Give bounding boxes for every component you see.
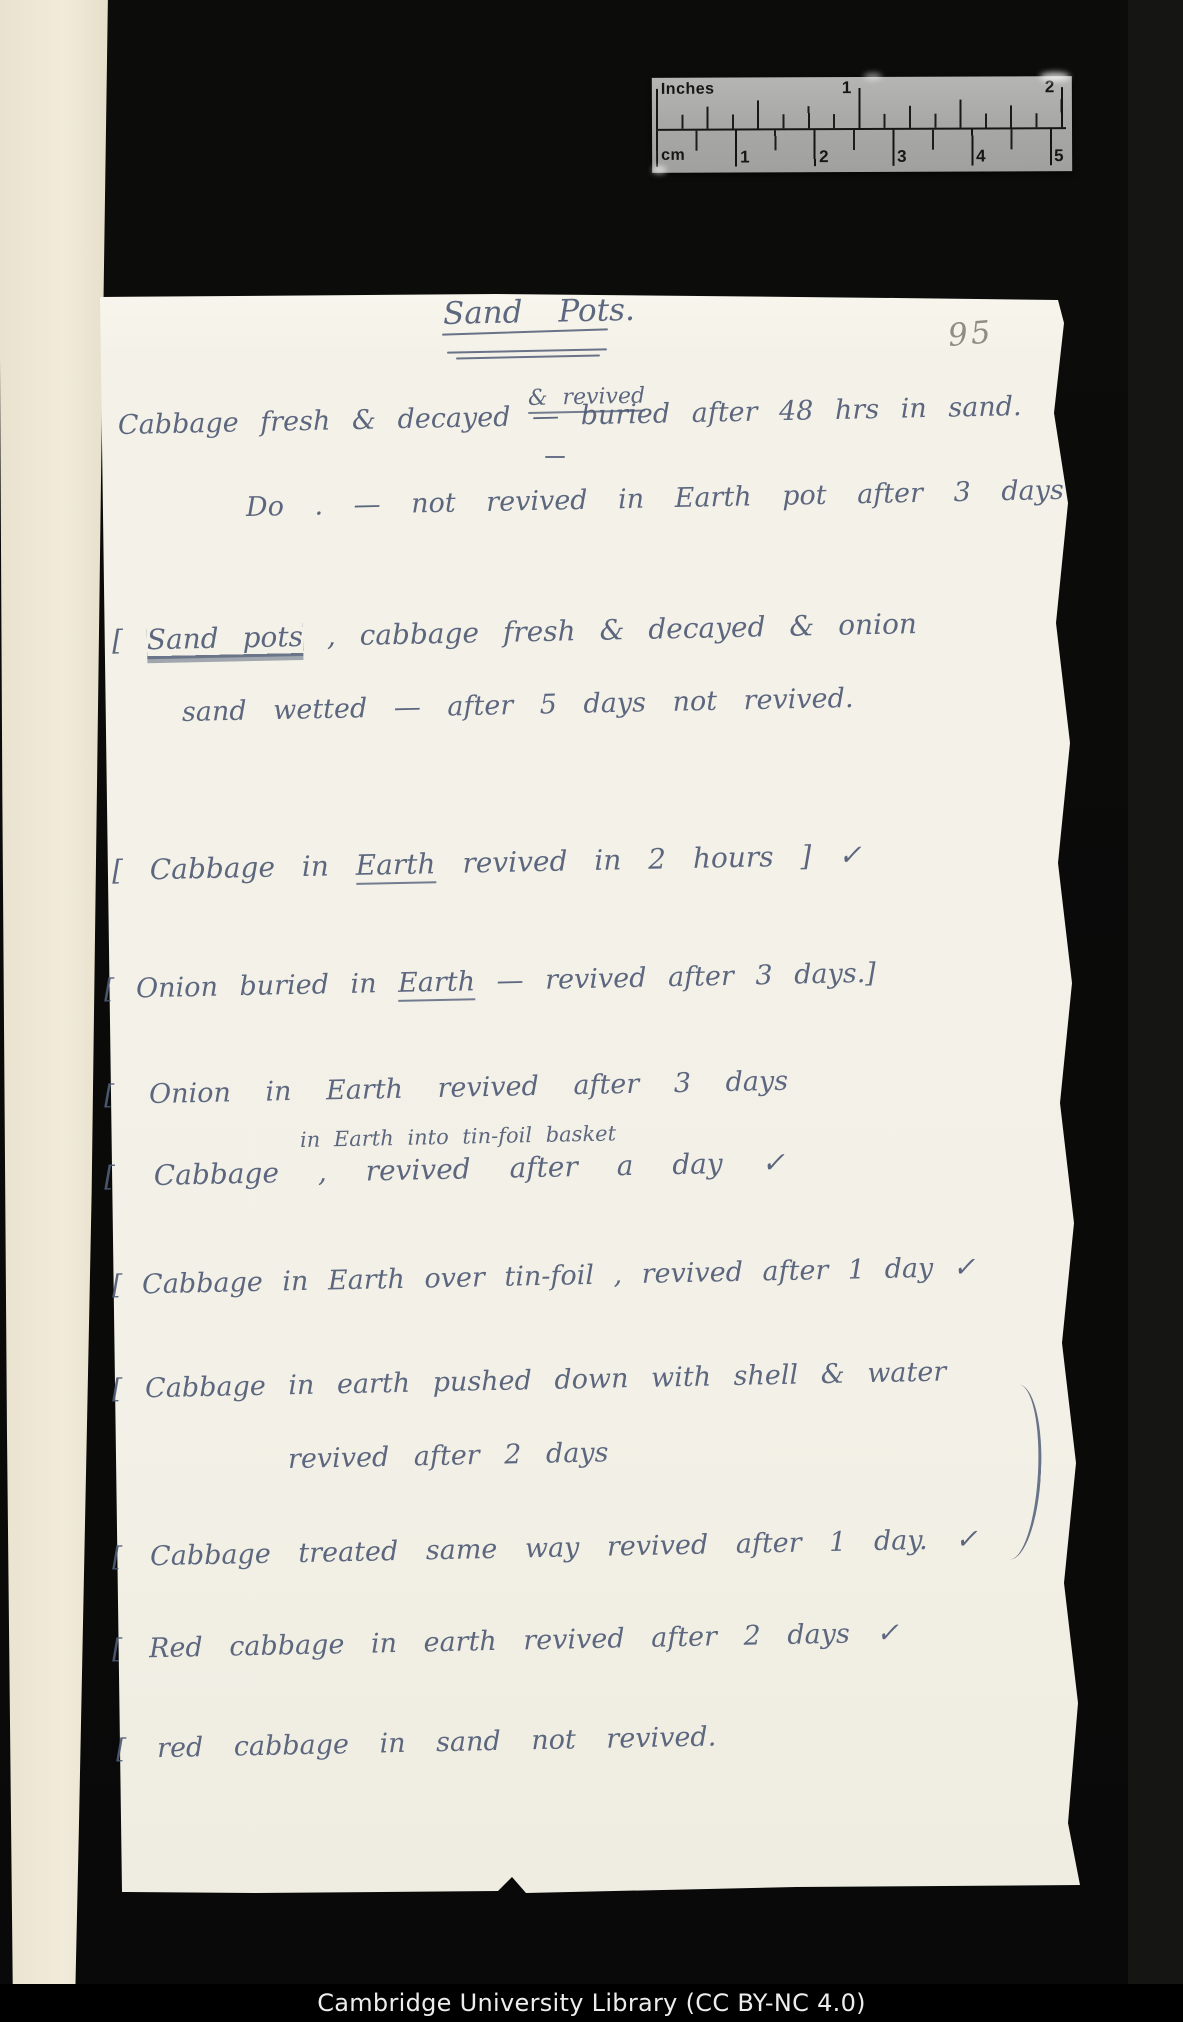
ruler-cm-number: 2 bbox=[819, 147, 829, 167]
backdrop-seam bbox=[1128, 0, 1183, 1985]
ruler-inch-ticks bbox=[656, 87, 1068, 129]
ruler-cm-number: 3 bbox=[897, 147, 907, 167]
handwritten-title: Sand Pots. bbox=[443, 292, 636, 332]
credit-text: Cambridge University Library (CC BY-NC 4… bbox=[317, 1989, 866, 2017]
photographed-manuscript-scan: Inches cm 1 2 1 2 3 4 5 95 Sand Pots. & … bbox=[0, 0, 1183, 2022]
ruler-inches-label: Inches bbox=[661, 81, 715, 99]
album-page-edge bbox=[0, 0, 116, 1988]
line-segment-underlined: Earth bbox=[355, 847, 436, 885]
line-segment-underlined: Earth bbox=[398, 966, 476, 1002]
ruler-glare bbox=[1040, 72, 1070, 81]
ruler-inch-number: 1 bbox=[842, 78, 852, 98]
page-number: 95 bbox=[947, 314, 995, 354]
ruler-cm-label: cm bbox=[661, 147, 685, 165]
ruler-glare bbox=[652, 166, 666, 174]
line-segment-underlined: Sand pots bbox=[146, 620, 303, 656]
credit-bar: Cambridge University Library (CC BY-NC 4… bbox=[0, 1984, 1183, 2022]
ruler-cm-number: 1 bbox=[740, 147, 750, 167]
ruler-cm-ticks bbox=[656, 129, 1068, 167]
ruler-cm-number: 5 bbox=[1054, 146, 1064, 166]
ruler-glare bbox=[864, 73, 882, 80]
emphasis-dash bbox=[545, 456, 565, 458]
line-segment: [ bbox=[112, 623, 148, 657]
line-segment: [ Onion buried in bbox=[104, 968, 399, 1005]
line-segment: [ Cabbage in bbox=[112, 849, 356, 887]
ruler-cm-number: 4 bbox=[976, 146, 986, 166]
photo-ruler: Inches cm 1 2 1 2 3 4 5 bbox=[652, 76, 1072, 173]
